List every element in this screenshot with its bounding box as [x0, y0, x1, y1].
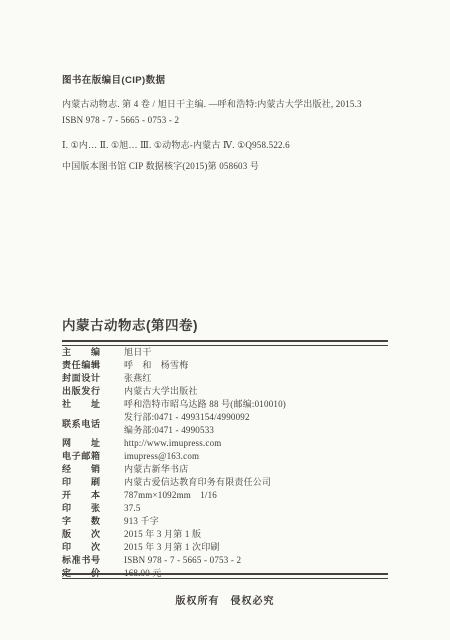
table-row: 印刷 内蒙古爱信达教育印务有限责任公司 — [62, 476, 388, 489]
cip-isbn-line: ISBN 978 - 7 - 5665 - 0753 - 2 — [62, 112, 392, 128]
row-label: 联系电话 — [62, 418, 100, 431]
table-row: 电子邮箱 imupress@163.com — [62, 450, 388, 463]
row-value: ISBN 978 - 7 - 5665 - 0753 - 2 — [124, 554, 241, 567]
table-row: 网址 http://www.imupress.com — [62, 437, 388, 450]
row-label: 印张 — [62, 502, 100, 515]
bottom-divider — [62, 573, 388, 579]
row-label: 印刷 — [62, 476, 100, 489]
phone-line-1: 发行部:0471 - 4993154/4990092 — [124, 411, 250, 424]
row-label: 字数 — [62, 515, 100, 528]
table-row: 联系电话 发行部:0471 - 4993154/4990092 编务部:0471… — [62, 411, 388, 437]
row-value: http://www.imupress.com — [124, 437, 222, 450]
row-label: 责任编辑 — [62, 359, 100, 372]
table-row: 开本 787mm×1092mm 1/16 — [62, 489, 388, 502]
row-value: 2015 年 3 月第 1 版 — [124, 528, 201, 541]
copyright-page: 图书在版编目(CIP)数据 内蒙古动物志. 第 4 卷 / 旭日干主编. —呼和… — [0, 0, 450, 640]
table-row: 责任编辑 呼 和 杨雪梅 — [62, 359, 388, 372]
row-label: 电子邮箱 — [62, 450, 100, 463]
table-row: 经销 内蒙古新华书店 — [62, 463, 388, 476]
table-row: 出版发行 内蒙古大学出版社 — [62, 385, 388, 398]
row-value: 内蒙古新华书店 — [124, 463, 188, 476]
row-label: 网址 — [62, 437, 100, 450]
phone-line-2: 编务部:0471 - 4990533 — [124, 424, 250, 437]
row-value: 2015 年 3 月第 1 次印刷 — [124, 541, 220, 554]
book-title: 内蒙古动物志(第四卷) — [62, 314, 388, 334]
colophon-table: 主编 旭日干 责任编辑 呼 和 杨雪梅 封面设计 张燕红 出版发行 内蒙古大学出… — [62, 346, 388, 580]
row-label: 版次 — [62, 528, 100, 541]
row-value: 旭日干 — [124, 346, 152, 359]
row-value: 呼 和 杨雪梅 — [124, 359, 188, 372]
row-label: 出版发行 — [62, 385, 100, 398]
row-value: 发行部:0471 - 4993154/4990092 编务部:0471 - 49… — [124, 411, 250, 437]
row-label: 封面设计 — [62, 372, 100, 385]
row-value: 张燕红 — [124, 372, 152, 385]
table-row: 字数 913 千字 — [62, 515, 388, 528]
cip-block: 图书在版编目(CIP)数据 内蒙古动物志. 第 4 卷 / 旭日干主编. —呼和… — [62, 72, 392, 174]
row-value: imupress@163.com — [124, 450, 199, 463]
title-block: 内蒙古动物志(第四卷) — [62, 314, 388, 346]
row-value: 呼和浩特市昭乌达路 88 号(邮编:010010) — [124, 398, 286, 411]
row-value: 内蒙古大学出版社 — [124, 385, 198, 398]
copyright-notice: 版权所有 侵权必究 — [62, 592, 388, 607]
table-row: 版次 2015 年 3 月第 1 版 — [62, 528, 388, 541]
row-label: 印次 — [62, 541, 100, 554]
row-label: 开本 — [62, 489, 100, 502]
cip-registry-line: 中国版本图书馆 CIP 数据核字(2015)第 058603 号 — [62, 158, 392, 174]
row-value: 913 千字 — [124, 515, 159, 528]
table-row: 社址 呼和浩特市昭乌达路 88 号(邮编:010010) — [62, 398, 388, 411]
row-label: 经销 — [62, 463, 100, 476]
table-row: 印次 2015 年 3 月第 1 次印刷 — [62, 541, 388, 554]
row-label: 社址 — [62, 398, 100, 411]
row-value: 37.5 — [124, 502, 141, 515]
cip-record-line: 内蒙古动物志. 第 4 卷 / 旭日干主编. —呼和浩特:内蒙古大学出版社, 2… — [62, 96, 392, 112]
table-row: 封面设计 张燕红 — [62, 372, 388, 385]
cip-heading: 图书在版编目(CIP)数据 — [62, 72, 392, 86]
table-row: 标准书号 ISBN 978 - 7 - 5665 - 0753 - 2 — [62, 554, 388, 567]
row-label: 标准书号 — [62, 554, 100, 567]
table-row: 印张 37.5 — [62, 502, 388, 515]
table-row: 主编 旭日干 — [62, 346, 388, 359]
row-label: 主编 — [62, 346, 100, 359]
row-value: 787mm×1092mm 1/16 — [124, 489, 217, 502]
cip-classification-line: Ⅰ. ①内… Ⅱ. ①旭… Ⅲ. ①动物志-内蒙古 Ⅳ. ①Q958.522.6 — [62, 137, 392, 153]
row-value: 内蒙古爱信达教育印务有限责任公司 — [124, 476, 271, 489]
